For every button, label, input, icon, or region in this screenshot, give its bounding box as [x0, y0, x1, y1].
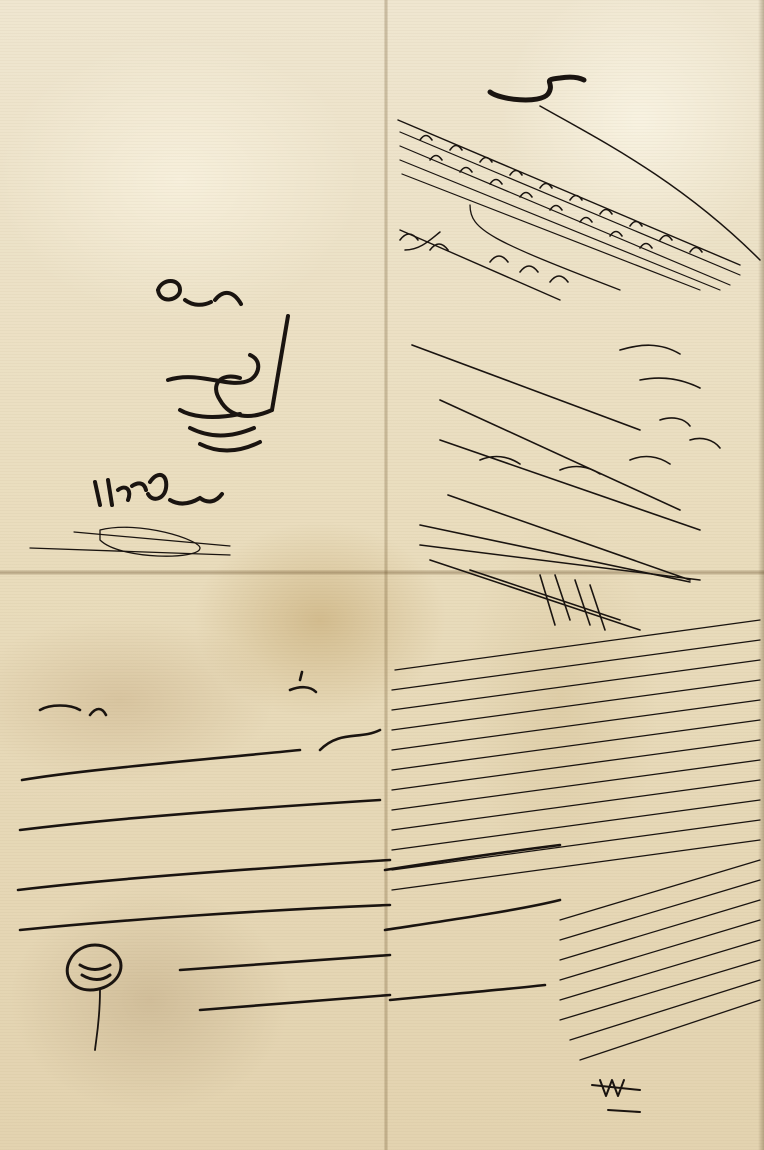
bottom-signoff-mark [592, 1080, 640, 1112]
manuscript-ink [0, 0, 764, 1150]
hijri-date-note [30, 475, 230, 556]
top-register-entries [398, 120, 740, 300]
calligraphic-signature [158, 281, 288, 451]
header-flourish-mark [490, 77, 760, 260]
itemized-entries-list [412, 345, 720, 630]
main-order-text [18, 672, 560, 1010]
official-seal-monogram [67, 945, 121, 1050]
